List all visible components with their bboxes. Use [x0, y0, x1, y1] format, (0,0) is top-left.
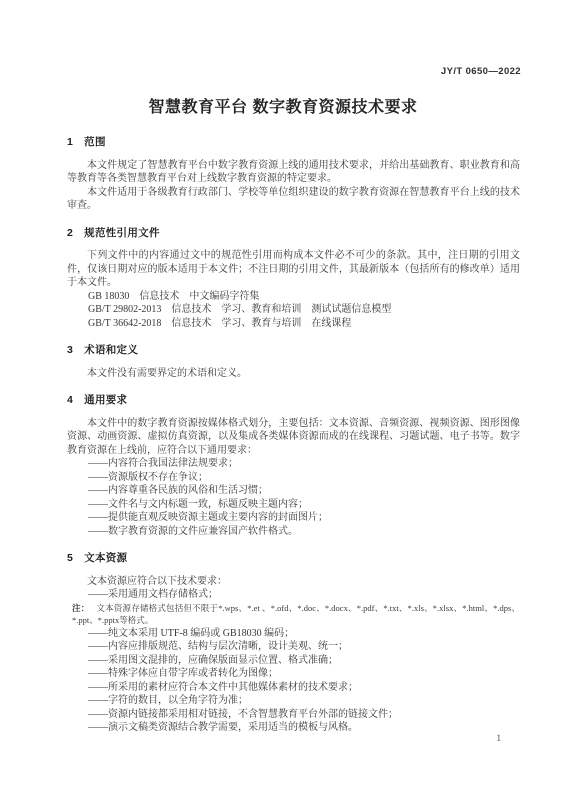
section-heading: 3术语和定义	[67, 344, 520, 358]
section-number: 4	[67, 394, 73, 406]
section-number: 3	[67, 344, 73, 356]
list-item: ——特殊字体应自带字库或者转化为图像；	[88, 667, 520, 681]
list-item: ——纯文本采用 UTF-8 编码或 GB18030 编码；	[88, 627, 520, 641]
list-item: ——文件名与文内标题一致，标题反映主题内容；	[88, 498, 520, 512]
section-heading: 2规范性引用文件	[67, 227, 520, 241]
section-heading: 1范围	[67, 136, 520, 150]
doc-code: JY/T 0650—2022	[441, 66, 521, 77]
section-title: 术语和定义	[84, 344, 138, 356]
section-text-resources: 5文本资源 文本资源应符合以下技术要求： ——采用通用文档存储格式； 注：文本资…	[67, 552, 520, 735]
reference-item: GB 18030 信息技术 中文编码字符集	[88, 290, 520, 304]
list-item: ——字符的数目，以全角字符为准；	[88, 694, 520, 708]
paragraph: 本文件没有需要界定的术语和定义。	[67, 367, 520, 381]
document-page: JY/T 0650—2022 智慧教育平台 数字教育资源技术要求 1范围 本文件…	[0, 0, 566, 800]
list-item: ——演示文稿类资源结合教学需要，采用适当的模板与风格。	[88, 721, 520, 735]
section-terms-definitions: 3术语和定义 本文件没有需要界定的术语和定义。	[67, 344, 520, 380]
section-number: 2	[67, 227, 73, 239]
list-item: ——采用图文混排的，应确保版面显示位置、格式准确；	[88, 654, 520, 668]
section-general-requirements: 4通用要求 本文件中的数字教育资源按媒体格式划分，主要包括：文本资源、音频资源、…	[67, 394, 520, 538]
section-number: 1	[67, 136, 73, 148]
paragraph: 下列文件中的内容通过文中的规范性引用而构成本文件必不可少的条款。其中，注日期的引…	[67, 249, 520, 290]
section-scope: 1范围 本文件规定了智慧教育平台中数字教育资源上线的通用技术要求，并给出基础教育…	[67, 136, 520, 213]
list-item: ——提供能直观反映资源主题或主要内容的封面图片；	[88, 511, 520, 525]
page-number: 1	[497, 733, 502, 743]
list-item: ——所采用的素材应符合本文件中其他媒体素材的技术要求；	[88, 681, 520, 695]
list-item: ——内容尊重各民族的风俗和生活习惯；	[88, 484, 520, 498]
section-number: 5	[67, 552, 73, 564]
list-item: ——采用通用文档存储格式；	[88, 588, 520, 602]
list-item: ——数字教育资源的文件应兼容国产软件格式。	[88, 525, 520, 539]
section-heading: 4通用要求	[67, 394, 520, 408]
list-item: ——资源版权不存在争议；	[88, 471, 520, 485]
note-label: 注：	[72, 603, 89, 613]
paragraph: 本文件适用于各级教育行政部门、学校等单位组织建设的数字教育资源在智慧教育平台上线…	[67, 186, 520, 213]
section-title: 通用要求	[84, 394, 127, 406]
section-title: 文本资源	[84, 552, 127, 564]
list-item: ——内容应排版规范、结构与层次清晰，设计美观、统一；	[88, 640, 520, 654]
list-item: ——资源内链接都采用相对链接，不含智慧教育平台外部的链接文件；	[88, 708, 520, 722]
paragraph: 本文件中的数字教育资源按媒体格式划分，主要包括：文本资源、音频资源、视频资源、图…	[67, 417, 520, 458]
doc-title: 智慧教育平台 数字教育资源技术要求	[0, 94, 566, 117]
reference-item: GB/T 36642-2018 信息技术 学习、教育与培训 在线课程	[88, 317, 520, 331]
note-block: 注：文本资源存储格式包括但不限于*.wps、*.et 、*.ofd、*.doc、…	[72, 602, 520, 627]
paragraph: 本文件规定了智慧教育平台中数字教育资源上线的通用技术要求，并给出基础教育、职业教…	[67, 159, 520, 186]
section-heading: 5文本资源	[67, 552, 520, 566]
paragraph: 文本资源应符合以下技术要求：	[67, 575, 520, 589]
reference-item: GB/T 29802-2013 信息技术 学习、教育和培训 测试试题信息模型	[88, 303, 520, 317]
section-title: 范围	[84, 136, 106, 148]
section-title: 规范性引用文件	[84, 227, 160, 239]
section-normative-references: 2规范性引用文件 下列文件中的内容通过文中的规范性引用而构成本文件必不可少的条款…	[67, 227, 520, 331]
document-body: 1范围 本文件规定了智慧教育平台中数字教育资源上线的通用技术要求，并给出基础教育…	[67, 136, 520, 735]
note-text: 文本资源存储格式包括但不限于*.wps、*.et 、*.ofd、*.doc、*.…	[72, 603, 520, 626]
list-item: ——内容符合我国法律法规要求；	[88, 457, 520, 471]
